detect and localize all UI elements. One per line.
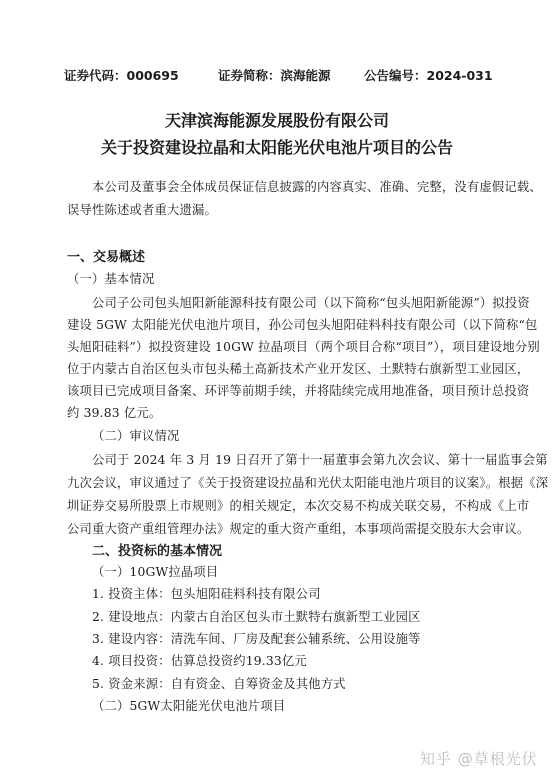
paragraph-line: 九次会议，审议通过了《关于投资建设拉晶和光伏太阳能电池片项目的议案》。根据《深	[67, 473, 485, 491]
paragraph-line: 公司重大资产重组管理办法》规定的重大资产重组，本事项尚需提交股东大会审议。	[67, 519, 485, 537]
list-item: 1. 投资主体：包头旭阳硅料科技有限公司	[92, 584, 510, 602]
section-heading: 一、交易概述	[67, 246, 145, 265]
paragraph-line: 位于内蒙古自治区包头市包头稀土高新技术产业开发区、土默特右旗新型工业园区，	[67, 359, 485, 377]
subsection-heading: （二）5GW太阳能光伏电池片项目	[92, 696, 510, 714]
intro-line: 本公司及董事会全体成员保证信息披露的内容真实、准确、完整，没有虚假记载、	[92, 177, 485, 195]
paragraph-line: 圳证券交易所股票上市规则》的相关规定，本次交易不构成关联交易，不构成《上市	[67, 496, 485, 514]
paragraph-line: 公司子公司包头旭阳新能源科技有限公司（以下简称“包头旭阳新能源”）拟投资	[92, 293, 485, 311]
subsection-heading: （一）10GW拉晶项目	[92, 562, 510, 580]
paragraph-line: 公司于 2024 年 3 月 19 日召开了第十一届董事会第九次会议、第十一届监…	[92, 450, 485, 468]
announcement-title: 关于投资建设拉晶和太阳能光伏电池片项目的公告	[0, 135, 554, 158]
list-item: 3. 建设内容：清洗车间、厂房及配套公辅系统、公用设施等	[92, 629, 510, 647]
intro-line: 误导性陈述或者重大遗漏。	[67, 200, 485, 218]
list-item: 4. 项目投资：估算总投资约19.33亿元	[92, 651, 510, 669]
list-item: 5. 资金来源：自有资金、自筹资金及其他方式	[92, 674, 510, 692]
announcement-number: 公告编号：2024-031	[364, 66, 493, 84]
paragraph-line: 约 39.83 亿元。	[67, 403, 485, 421]
subsection-heading: （二）审议情况	[92, 426, 510, 444]
subsection-heading: （一）基本情况	[67, 269, 485, 287]
stock-short-name: 证券简称：滨海能源	[218, 66, 331, 84]
paragraph-line: 建设 5GW 太阳能光伏电池片项目，孙公司包头旭阳硅料科技有限公司（以下简称“包	[67, 315, 485, 333]
list-item: 2. 建设地点：内蒙古自治区包头市土默特右旗新型工业园区	[92, 607, 510, 625]
paragraph-line: 头旭阳硅料”）拟投资建设 10GW 拉晶项目（两个项目合称“项目”），项目建设地…	[67, 337, 485, 355]
paragraph-line: 该项目已完成项目备案、环评等前期手续，并将陆续完成用地准备，项目预计总投资	[67, 381, 485, 399]
stock-code: 证券代码：000695	[64, 66, 179, 84]
company-title: 天津滨海能源发展股份有限公司	[0, 108, 554, 131]
section-heading: 二、投资标的基本情况	[92, 540, 222, 559]
zhihu-watermark: 知乎 @草根光伏	[420, 748, 538, 769]
